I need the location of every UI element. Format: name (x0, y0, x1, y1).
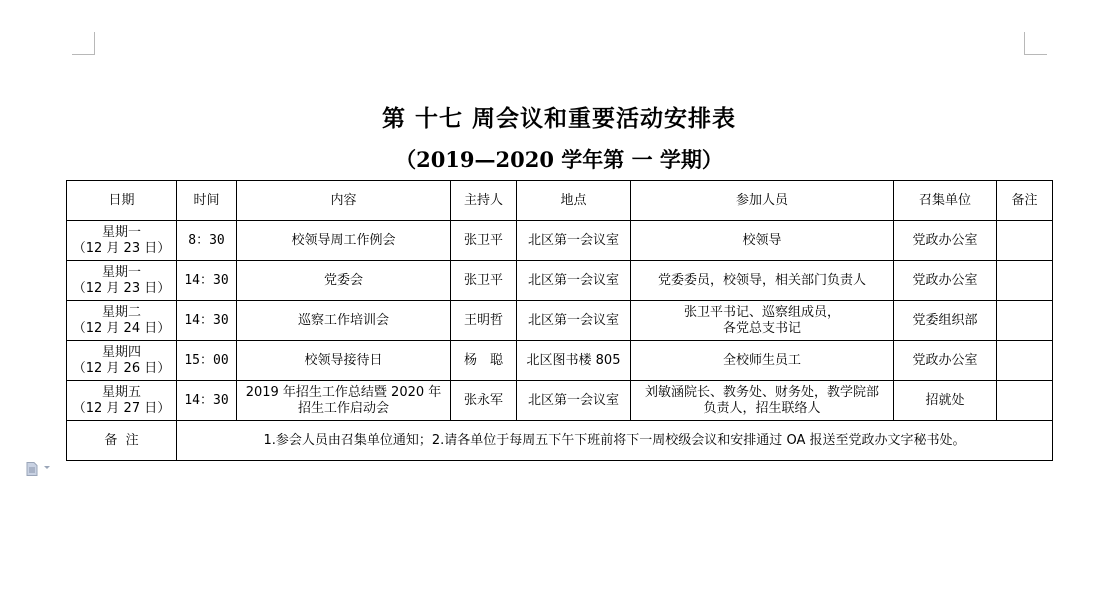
cell-organizer: 招就处 (894, 381, 997, 421)
cell-content: 校领导接待日 (237, 341, 451, 381)
document-subtitle: （2019—2020 学年第 一 学期） (0, 144, 1118, 174)
date-label: （12 月 26 日） (67, 361, 176, 377)
header-location: 地点 (517, 181, 631, 221)
cell-content: 2019 年招生工作总结暨 2020 年招生工作启动会 (237, 381, 451, 421)
cell-location: 北区第一会议室 (517, 381, 631, 421)
cell-location: 北区第一会议室 (517, 261, 631, 301)
day-label: 星期二 (67, 305, 176, 321)
remarks-row: 备 注 1.参会人员由召集单位通知；2.请各单位于每周五下午下班前将下一周校级会… (67, 421, 1053, 461)
cell-host: 张卫平 (451, 261, 517, 301)
date-label: （12 月 24 日） (67, 321, 176, 337)
cell-note (997, 301, 1053, 341)
cell-host: 张卫平 (451, 221, 517, 261)
cell-host: 杨 聪 (451, 341, 517, 381)
cell-time: 15：00 (177, 341, 237, 381)
cell-location: 北区第一会议室 (517, 301, 631, 341)
cell-time: 14：30 (177, 261, 237, 301)
cell-note (997, 221, 1053, 261)
cell-time: 14：30 (177, 301, 237, 341)
attendees-line: 张卫平书记、巡察组成员， (631, 305, 893, 321)
chevron-down-icon[interactable] (44, 466, 50, 469)
cell-host: 王明哲 (451, 301, 517, 341)
table-row: 星期二（12 月 24 日） 14：30 巡察工作培训会 王明哲 北区第一会议室… (67, 301, 1053, 341)
cell-content: 党委会 (237, 261, 451, 301)
date-label: （12 月 23 日） (67, 241, 176, 257)
table-row: 星期四（12 月 26 日） 15：00 校领导接待日 杨 聪 北区图书楼 80… (67, 341, 1053, 381)
remarks-text: 1.参会人员由召集单位通知；2.请各单位于每周五下午下班前将下一周校级会议和安排… (177, 421, 1053, 461)
table-row: 星期一（12 月 23 日） 8：30 校领导周工作例会 张卫平 北区第一会议室… (67, 221, 1053, 261)
cell-date: 星期四（12 月 26 日） (67, 341, 177, 381)
schedule-table: 日期 时间 内容 主持人 地点 参加人员 召集单位 备注 星期一（12 月 23… (66, 180, 1053, 461)
cell-location: 北区第一会议室 (517, 221, 631, 261)
cell-organizer: 党政办公室 (894, 221, 997, 261)
cell-content: 校领导周工作例会 (237, 221, 451, 261)
table-row: 星期一（12 月 23 日） 14：30 党委会 张卫平 北区第一会议室 党委委… (67, 261, 1053, 301)
day-label: 星期五 (67, 385, 176, 401)
cell-date: 星期五（12 月 27 日） (67, 381, 177, 421)
cell-date: 星期二（12 月 24 日） (67, 301, 177, 341)
document-icon[interactable] (26, 462, 38, 476)
cell-note (997, 381, 1053, 421)
cell-attendees: 刘敏涵院长、教务处、财务处，教学院部负责人，招生联络人 (631, 381, 894, 421)
cell-attendees: 校领导 (631, 221, 894, 261)
attendees-line: 负责人，招生联络人 (631, 401, 893, 417)
date-label: （12 月 23 日） (67, 281, 176, 297)
cell-attendees: 党委委员，校领导，相关部门负责人 (631, 261, 894, 301)
cell-location: 北区图书楼 805 (517, 341, 631, 381)
day-label: 星期四 (67, 345, 176, 361)
cell-host: 张永军 (451, 381, 517, 421)
cell-time: 8：30 (177, 221, 237, 261)
day-label: 星期一 (67, 225, 176, 241)
cell-note (997, 341, 1053, 381)
document-title: 第 十七 周会议和重要活动安排表 (0, 100, 1118, 133)
cell-organizer: 党政办公室 (894, 261, 997, 301)
cell-date: 星期一（12 月 23 日） (67, 261, 177, 301)
header-content: 内容 (237, 181, 451, 221)
attendees-line: 刘敏涵院长、教务处、财务处，教学院部 (631, 385, 893, 401)
header-time: 时间 (177, 181, 237, 221)
header-attendees: 参加人员 (631, 181, 894, 221)
cell-attendees: 全校师生员工 (631, 341, 894, 381)
page-corner-mark-top-left (72, 32, 95, 55)
cell-organizer: 党政办公室 (894, 341, 997, 381)
cell-time: 14：30 (177, 381, 237, 421)
cell-content: 巡察工作培训会 (237, 301, 451, 341)
day-label: 星期一 (67, 265, 176, 281)
header-organizer: 召集单位 (894, 181, 997, 221)
content-line: 2019 年招生工作总结暨 2020 年 (237, 385, 450, 401)
content-line: 招生工作启动会 (237, 401, 450, 417)
cell-note (997, 261, 1053, 301)
remarks-label: 备 注 (67, 421, 177, 461)
page-corner-mark-top-right (1024, 32, 1047, 55)
header-note: 备注 (997, 181, 1053, 221)
cell-organizer: 党委组织部 (894, 301, 997, 341)
header-date: 日期 (67, 181, 177, 221)
table-header-row: 日期 时间 内容 主持人 地点 参加人员 召集单位 备注 (67, 181, 1053, 221)
attendees-line: 各党总支书记 (631, 321, 893, 337)
table-row: 星期五（12 月 27 日） 14：30 2019 年招生工作总结暨 2020 … (67, 381, 1053, 421)
header-host: 主持人 (451, 181, 517, 221)
cell-attendees: 张卫平书记、巡察组成员，各党总支书记 (631, 301, 894, 341)
date-label: （12 月 27 日） (67, 401, 176, 417)
cell-date: 星期一（12 月 23 日） (67, 221, 177, 261)
